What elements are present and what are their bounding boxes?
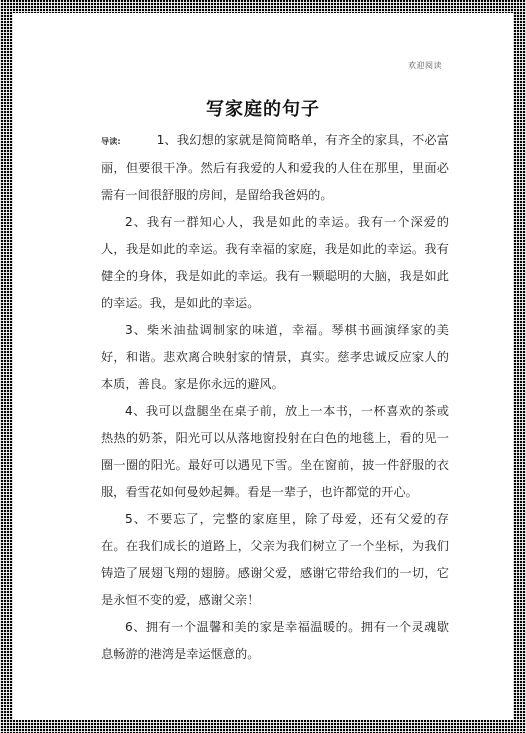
document-body: 导读:1、我幻想的家就是简简略单，有齐全的家具，不必富丽，但要很干净。然后有我爱… xyxy=(101,127,449,668)
paragraph-2: 2、我有一群知心人，我是如此的幸运。我有一个深爱的人，我是如此的幸运。我有幸福的… xyxy=(101,209,449,317)
paragraph-text: 1、我幻想的家就是简简略单，有齐全的家具，不必富丽，但要很干净。然后有我爱的人和… xyxy=(101,133,449,202)
paragraph-6: 6、拥有一个温馨和美的家是幸福温暖的。拥有一个灵魂歇息畅游的港湾是幸运惬意的。 xyxy=(101,614,449,668)
paragraph-5: 5、不要忘了，完整的家庭里，除了母爱，还有父爱的存在。在我们成长的道路上，父亲为… xyxy=(101,506,449,614)
paragraph-3: 3、柴米油盐调制家的味道，幸福。琴棋书画演绎家的美好，和谐。悲欢离合映射家的情景… xyxy=(101,317,449,398)
lead-label: 导读: xyxy=(101,137,121,146)
paragraph-4: 4、我可以盘腿坐在桌子前，放上一本书，一杯喜欢的茶或热热的奶茶，阳光可以从落地窗… xyxy=(101,398,449,506)
document-page: 欢迎阅读 写家庭的句子 导读:1、我幻想的家就是简简略单，有齐全的家具，不必富丽… xyxy=(13,13,513,720)
document-title: 写家庭的句子 xyxy=(13,95,513,121)
header-note: 欢迎阅读 xyxy=(408,60,442,71)
paragraph-1: 导读:1、我幻想的家就是简简略单，有齐全的家具，不必富丽，但要很干净。然后有我爱… xyxy=(101,127,449,209)
